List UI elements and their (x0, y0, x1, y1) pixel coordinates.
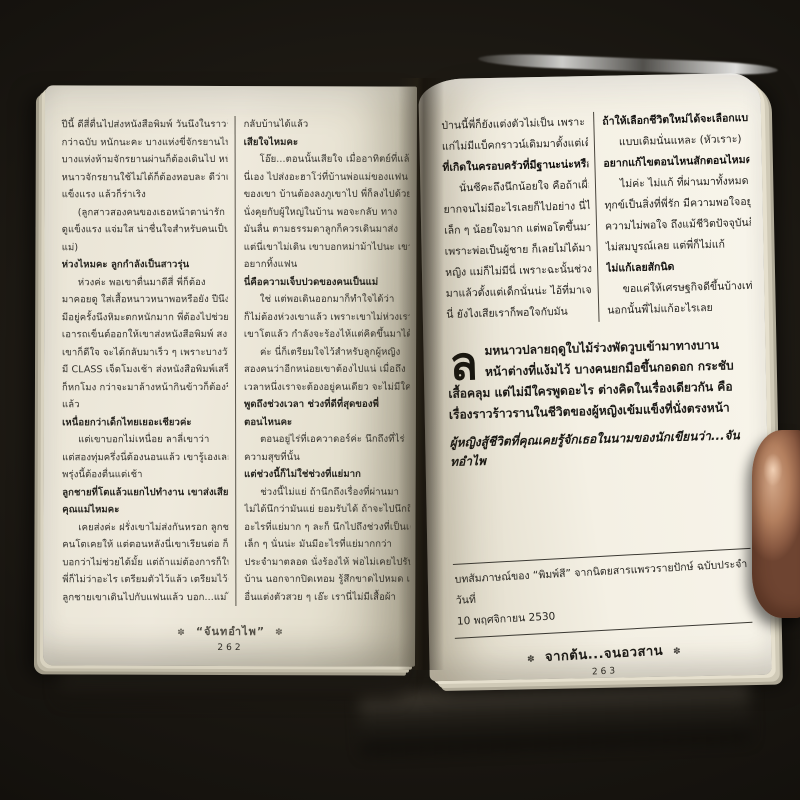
text-line: หนาวจักรยานใช้ไม่ได้ก็ต้องหอบละ ดีว่าเขา (62, 169, 228, 187)
text-line: บอกว่าไม่ช่วยได้มั้ย แต่ถ้าแม่ต้องการก็ใ… (62, 554, 228, 572)
text-line: ลูกชายเขาเดินไปกับแฟนแล้ว บอก...แม่ไปเถอ… (62, 589, 228, 607)
text-line: สองคนว่าอีกหน่อยเขาต้องไปแน่ เมื่อถึง (244, 361, 410, 379)
text-line: เล็ก ๆ นั่นน่ะ มันมีอะไรที่แย่มากกว่า (244, 536, 410, 554)
text-line: โอ๊ย...ตอนนั้นเสียใจ เมื่ออาทิตย์ที่แล้ว (244, 151, 410, 169)
thumb (752, 430, 800, 618)
text-line: คุณแม่ไหมคะ (62, 501, 228, 519)
text-line: นี่คือความเจ็บปวดของคนเป็นแม่ (244, 273, 410, 291)
text-line: ช่วงนี้ไม่แย่ ถ้านึกถึงเรื่องที่ผ่านมา (244, 483, 410, 501)
text-line: แต่นี่เขาไม่เดิน เขาบอกหม่าม้าไปนะ เขา (244, 238, 410, 256)
text-line: ความสุขที่นั้น (244, 448, 410, 466)
text-line: พี่ก็ไม่ว่าอะไร เตรียมตัวไว้แล้ว เตรียมไ… (62, 571, 228, 589)
text-line: ประจำมาตลอด นั่งร้องไห้ พ่อไม่เคยไปรับที… (244, 553, 410, 571)
text-line: พรุ่งนี้ต้องตื่นแต่เช้า (62, 466, 228, 484)
text-line: อยากทิ้งแฟน (244, 256, 410, 274)
text-line: ลูกชายที่โตแล้วแยกไปทำงาน เขาส่งเสีย (62, 484, 228, 502)
text-line: คนโตเคยให้ แต่ตอนหลังนี่เขาเรียนต่อ ก็เล… (62, 536, 228, 554)
text-line: ดูแข็งแรง แจ่มใส น่าชื่นใจสำหรับคนเป็น (62, 221, 228, 239)
flower-ornament-icon: ✽ (673, 647, 682, 657)
text-line: นอกนั้นพี่ไม่แก้อะไรเลย (607, 297, 753, 322)
text-line: แข็งแรง แล้วก็ร่าเริง (62, 186, 228, 204)
closing-paragraph-text: มหนาวปลายฤดูใบไม้ร่วงพัดวูบเข้ามาทางบานห… (448, 338, 734, 422)
text-line: ความไม่พอใจ ถึงแม้ชีวิตปัจจุบันก็ตาม มัน… (605, 213, 751, 238)
text-line: ปีนี้ ดีสี่ตื่นไปส่งหนังสือพิมพ์ วันนึงใ… (62, 116, 228, 134)
text-line: กว่าฉบับ หนักนะคะ บางแห่งขี่จักรยานไปได้ (62, 134, 228, 152)
flower-ornament-icon: ✽ (275, 628, 284, 638)
tagline: ผู้หญิงสู้ชีวิตที่คุณเคยรู้จักเธอในนามขอ… (449, 426, 748, 472)
left-page: ปีนี้ ดีสี่ตื่นไปส่งหนังสือพิมพ์ วันนึงใ… (43, 85, 417, 666)
text-line: (ลูกสาวสองคนของเธอหน้าตาน่ารัก (62, 204, 228, 222)
text-line: ขอแค่ให้เศรษฐกิจดีขึ้นบ้างเท่านั้น (606, 276, 752, 301)
text-line: นั่งคุยกับผู้ใหญ่ในบ้าน พอจะกลับ ทาง (244, 203, 410, 221)
text-line: ใช่ แต่พอเดินออกมาก็ทำใจได้ว่า (244, 291, 410, 309)
text-line: เหนื่อยกว่าเด็กไทยเยอะเชียวค่ะ (62, 414, 228, 432)
text-line: ไม่ได้นึกว่ามันแย่ ยอมรับได้ ถ้าจะไปนึกถ… (244, 501, 410, 519)
text-line: มันลื่น ตามธรรมดาลูกก็ควรเดินมาส่ง (244, 221, 410, 239)
text-line: แต่สองทุ่มครึ่งนี่ต้องนอนแล้ว เขารู้เองเ… (62, 449, 228, 467)
text-line: แต่ช่วงนี้ก็ไม่ใช่ช่วงที่แย่มาก (244, 466, 410, 484)
text-line: อะไรที่แย่มาก ๆ ละก็ นึกไปถึงช่วงที่เป็น… (244, 518, 410, 536)
right-page-footer: ✽จากต้น...จนอวสาน✽ 263 (455, 635, 754, 685)
text-line: มีอยู่ครั้งนึงหิมะตกหนักมาก พี่ต้องไปช่ว… (62, 309, 228, 327)
closing-paragraph: ลมหนาวปลายฤดูใบไม้ร่วงพัดวูบเข้ามาทางบาน… (447, 334, 747, 426)
text-line: ห่วงไหมคะ ลูกกำลังเป็นสาวรุ่น (62, 256, 228, 274)
text-line: เคยส่งค่ะ ฝรั่งเขาไม่ส่งกันหรอก ลูกชาย (62, 519, 228, 537)
text-line: เขาก็ดีใจ จะได้กลับมาเร็ว ๆ เพราะบางวัน (62, 344, 228, 362)
text-line: มาคอยดู ใส่เสื้อหนาวหนาพอหรือยัง ปีนึง (62, 291, 228, 309)
text-line: เวลาหนึ่งเราจะต้องอยู่คนเดียว จะไม่มีใคร (244, 378, 410, 396)
text-line: ห่วงค่ะ พอเขาตื่นมาดีสี่ พี่ก็ต้อง (62, 274, 228, 292)
flower-ornament-icon: ✽ (527, 655, 536, 665)
flower-ornament-icon: ✽ (177, 628, 186, 638)
left-page-column-1: ปีนี้ ดีสี่ตื่นไปส่งหนังสือพิมพ์ วันนึงใ… (62, 116, 229, 606)
book-cover-glint (478, 52, 778, 77)
left-page-number: 262 (44, 643, 416, 654)
left-page-footer: ✽“จันทอำไพ”✽ 262 (44, 622, 416, 654)
text-line: เขาโตแล้ว กำลังจะร้องไห้แต่คิดขึ้นมาได้ … (244, 326, 410, 344)
text-line: พูดถึงช่วงเวลา ช่วงที่ดีที่สุดของพี่ (244, 396, 410, 414)
dropcap-letter: ล (449, 344, 478, 383)
text-line: นี่เอง ไปส่งอะฮาโว่ที่บ้านพ่อแม่ของแฟน (244, 168, 410, 186)
text-line: เสียใจไหมคะ (244, 133, 410, 151)
text-line: อื่นแต่งตัวสวย ๆ เอ๊ะ เรานี่ไม่มีเสื้อผ้… (244, 588, 410, 606)
text-line: ตอนไหนคะ (244, 413, 410, 431)
text-line: มาแล้วตั้งแต่เด็กนั่นน่ะ ไอ้ที่มาเจอตอน (446, 280, 592, 305)
text-line: ตอนอยู่ไร่ที่เอควาดอร์ค่ะ นึกถึงที่ไร่ (244, 431, 410, 449)
left-footer-title: ✽“จันทอำไพ”✽ (44, 622, 416, 641)
text-line: ก็หกโมง กว่าจะมาล้างหน้ากินข้าวก็ต้องรีบ… (62, 379, 228, 397)
book-bottom-edge (359, 681, 751, 755)
text-line: ค่ะ นี่ก็เตรียมใจไว้สำหรับลูกผู้หญิง (244, 343, 410, 361)
text-line: บางแห่งห้ามจักรยานผ่านก็ต้องเดินไป หน้า (62, 151, 228, 169)
book-photo-scene: ปีนี้ ดีสี่ตื่นไปส่งหนังสือพิมพ์ วันนึงใ… (0, 0, 800, 800)
right-page-column-2: ถ้าให้เลือกชีวิตใหม่ได้จะเลือกแบบไหนแบบเ… (593, 108, 753, 322)
attribution: บทสัมภาษณ์ของ “พิมพ์สี” จากนิตยสารแพรวรา… (452, 549, 753, 636)
text-line: เอารถเข็นต์ออกให้เขาส่งหนังสือพิมพ์ สงสา… (62, 326, 228, 344)
text-line: แต่เขาบอกไม่เหนื่อย ลาลี่เขาว่า (62, 431, 228, 449)
right-page-text: ป่านนี้พี่ก็ยังแต่งตัวไม่เป็น เพราะแก่ไม… (441, 108, 744, 326)
right-page-column-1: ป่านนี้พี่ก็ยังแต่งตัวไม่เป็น เพราะแก่ไม… (441, 112, 592, 326)
text-line: แม่) (62, 239, 228, 257)
left-page-column-2: กลับบ้านได้แล้วเสียใจไหมคะโอ๊ย...ตอนนั้น… (235, 116, 411, 606)
text-line: บ้าน นอกจากปิดเทอม รู้สึกขาดไปหมด เห็นคน (244, 571, 410, 589)
text-line: นี่ ยังไงเสียเราก็พอใจกับมัน (446, 301, 592, 326)
right-page: ป่านนี้พี่ก็ยังแต่งตัวไม่เป็น เพราะแก่ไม… (418, 73, 771, 681)
left-page-text: ปีนี้ ดีสี่ตื่นไปส่งหนังสือพิมพ์ วันนึงใ… (62, 116, 405, 607)
text-line: มี CLASS เจ็ดโมงเช้า ส่งหนังสือพิมพ์เสร็… (62, 361, 228, 379)
text-line: ของเขา บ้านต้องลงภูเขาไป พี่ก็ลงไปด้วย (244, 186, 410, 204)
text-line: แล้ว (62, 396, 228, 414)
text-line: ก็ไม่ต้องห่วงเขาแล้ว เพราะเขาไม่ห่วงเรา (244, 308, 410, 326)
text-line: กลับบ้านได้แล้ว (244, 116, 410, 134)
